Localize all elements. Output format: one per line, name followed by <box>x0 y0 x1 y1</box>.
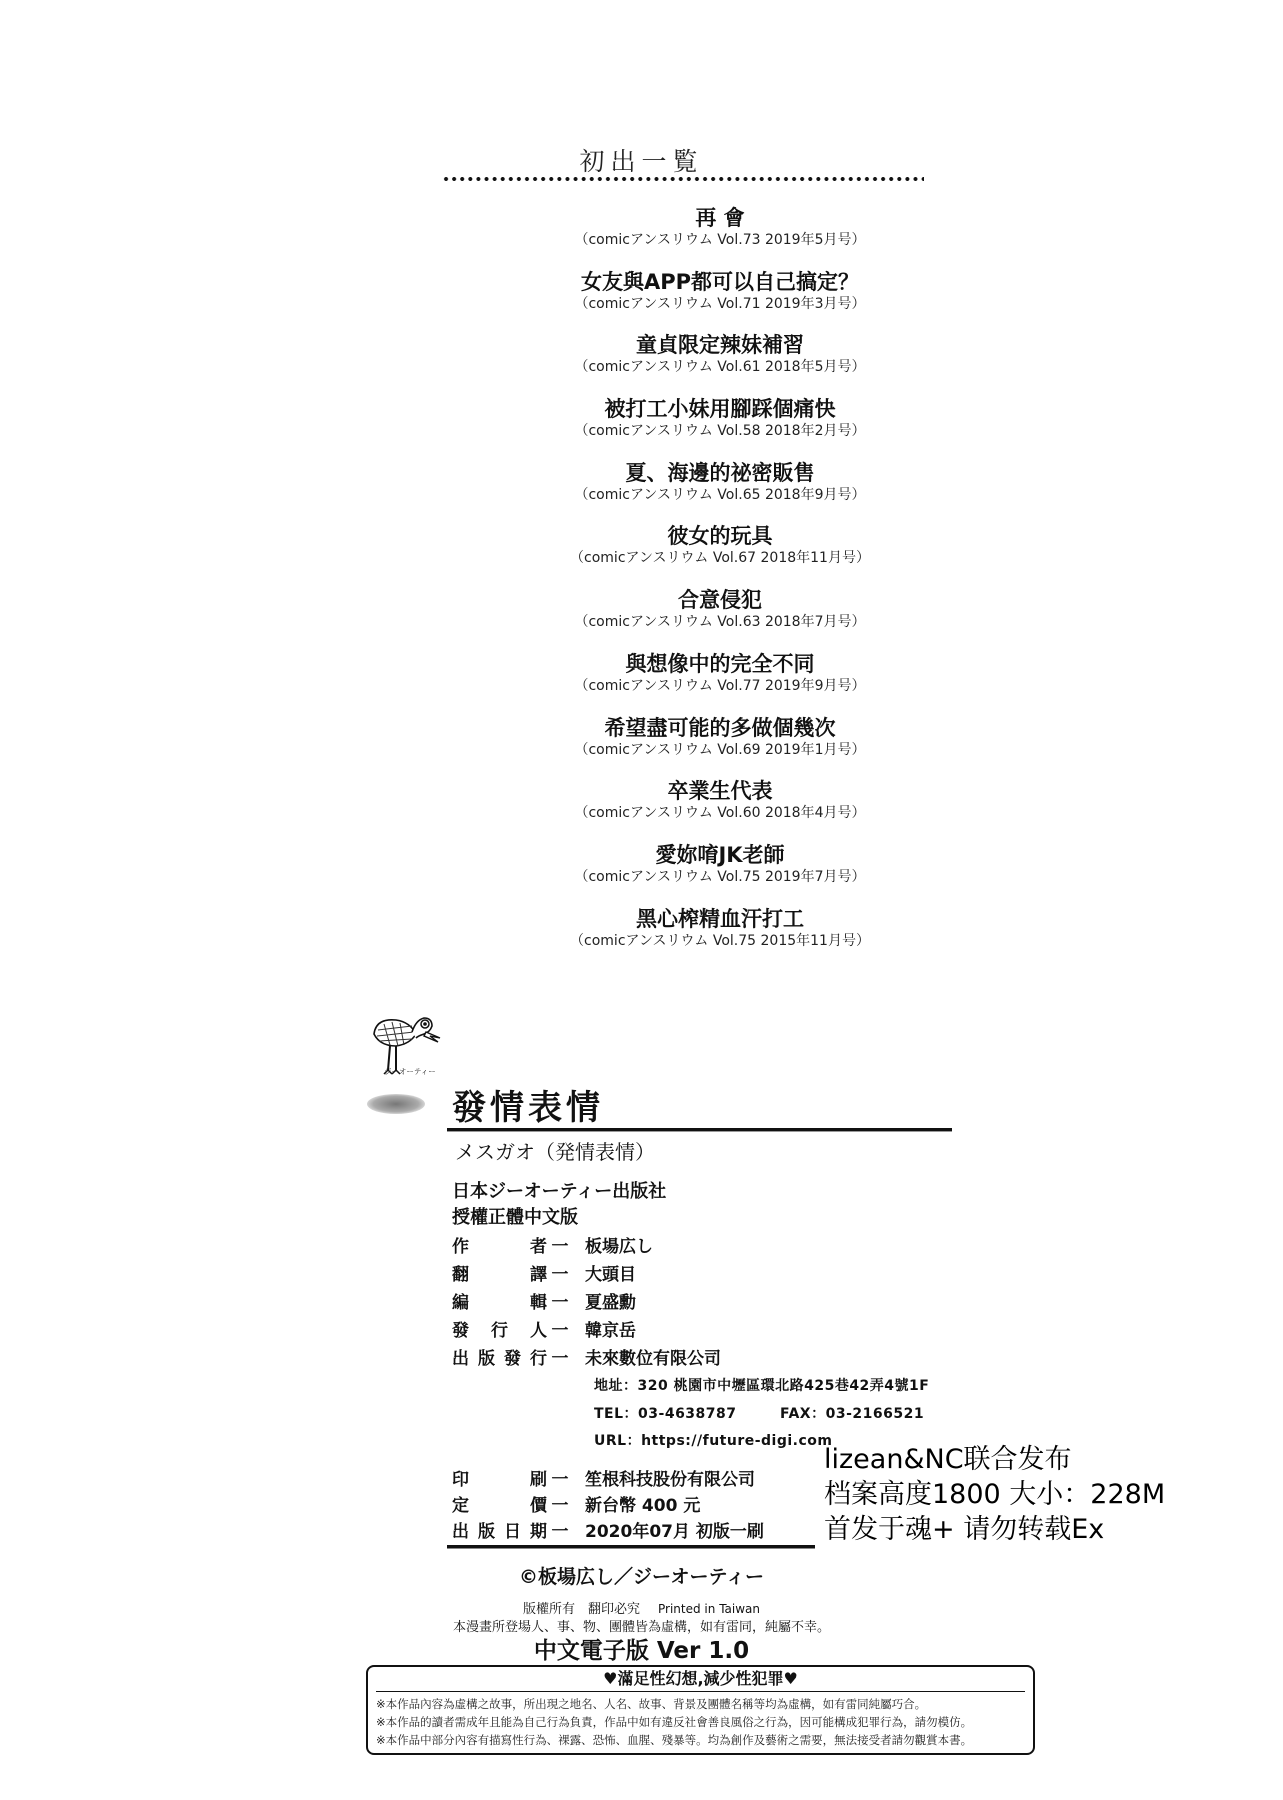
toc-entry: 合意侵犯（comicアンスリウム Vol.63 2018年7月号） <box>440 587 1000 651</box>
toc-entry: 卒業生代表（comicアンスリウム Vol.60 2018年4月号） <box>440 778 1000 842</box>
notice-lines: ※本作品內容為虛構之故事，所出現之地名、人名、故事、背景及團體名稱等均為虛構，如… <box>376 1695 1029 1749</box>
rights-reserved: 版權所有 翻印必究 <box>523 1602 640 1617</box>
toc-entry: 愛妳唷JK老師（comicアンスリウム Vol.75 2019年7月号） <box>440 842 1000 906</box>
release-watermark-line2: 档案高度1800 大小：228M <box>824 1480 1165 1510</box>
publisher-fax: FAX：03-2166521 <box>780 1403 924 1423</box>
publisher-logo-label: ジーオーティー <box>384 1066 436 1077</box>
entry-source: （comicアンスリウム Vol.71 2019年3月号） <box>440 295 1000 313</box>
notice-heading: ♥滿足性幻想,減少性犯罪♥ <box>368 1667 1033 1691</box>
toc-entry: 黑心榨精血汗打工（comicアンスリウム Vol.75 2015年11月号） <box>440 906 1000 970</box>
entry-source: （comicアンスリウム Vol.65 2018年9月号） <box>440 486 1000 504</box>
toc-entry: 與想像中的完全不同（comicアンスリウム Vol.77 2019年9月号） <box>440 651 1000 715</box>
entry-source: （comicアンスリウム Vol.75 2019年7月号） <box>440 868 1000 886</box>
entry-source: （comicアンスリウム Vol.73 2019年5月号） <box>440 231 1000 249</box>
rights-line: 版權所有 翻印必究Printed in Taiwan <box>0 1598 1283 1617</box>
toc-entry: 童貞限定辣妹補習（comicアンスリウム Vol.61 2018年5月号） <box>440 332 1000 396</box>
notice-line: ※本作品內容為虛構之故事，所出現之地名、人名、故事、背景及團體名稱等均為虛構，如… <box>376 1695 1029 1713</box>
colophon-rule <box>447 1545 815 1549</box>
entry-source: （comicアンスリウム Vol.63 2018年7月号） <box>440 613 1000 631</box>
credit-publisher-person: 發行人一韓京岳 <box>452 1319 636 1343</box>
entry-source: （comicアンスリウム Vol.58 2018年2月号） <box>440 422 1000 440</box>
notice-line: ※本作品中部分內容有描寫性行為、裸露、恐怖、血腥、殘暴等。均為創作及藝術之需要，… <box>376 1731 1029 1749</box>
entry-source: （comicアンスリウム Vol.67 2018年11月号） <box>440 549 1000 567</box>
original-title: メスガオ（発情表情） <box>455 1136 655 1165</box>
release-watermark-line1: lizean&NC联合发布 <box>824 1445 1072 1475</box>
license-note: 授權正體中文版 <box>452 1203 578 1229</box>
credit-publish-date: 出版日期一2020年07月 初版一刷 <box>452 1520 764 1544</box>
entry-title: 彼女的玩具 <box>440 523 1000 549</box>
toc-entry: 女友與APP都可以自己搞定？（comicアンスリウム Vol.71 2019年3… <box>440 269 1000 333</box>
entry-title: 再 會 <box>440 205 1000 231</box>
logo-shadow <box>367 1094 425 1114</box>
book-title: 發情表情 <box>452 1080 604 1129</box>
entry-source: （comicアンスリウム Vol.77 2019年9月号） <box>440 677 1000 695</box>
entry-title: 合意侵犯 <box>440 587 1000 613</box>
entry-source: （comicアンスリウム Vol.60 2018年4月号） <box>440 804 1000 822</box>
heart-icon: ♥ <box>603 1669 617 1688</box>
entry-source: （comicアンスリウム Vol.75 2015年11月号） <box>440 932 1000 950</box>
release-watermark-line3: 首发于魂+ 请勿转载Ex <box>824 1515 1104 1545</box>
credit-translator: 翻譯一大頭目 <box>452 1263 636 1287</box>
title-rule <box>447 1128 952 1132</box>
credit-editor: 編輯一夏盛勳 <box>452 1291 636 1315</box>
entry-title: 黑心榨精血汗打工 <box>440 906 1000 932</box>
entry-source: （comicアンスリウム Vol.69 2019年1月号） <box>440 741 1000 759</box>
toc-entry: 希望盡可能的多做個幾次（comicアンスリウム Vol.69 2019年1月号） <box>440 715 1000 779</box>
copyright-line: ©板場広し／ジーオーティー <box>0 1562 1283 1589</box>
entry-title: 愛妳唷JK老師 <box>440 842 1000 868</box>
toc-entry: 彼女的玩具（comicアンスリウム Vol.67 2018年11月号） <box>440 523 1000 587</box>
heart-icon: ♥ <box>784 1669 798 1688</box>
entry-title: 希望盡可能的多做個幾次 <box>440 715 1000 741</box>
entry-title: 被打工小妹用腳踩個痛快 <box>440 396 1000 422</box>
publisher-name: 日本ジーオーティー出版社 <box>452 1177 666 1203</box>
credit-author: 作者一板場広し <box>452 1235 653 1259</box>
printed-in: Printed in Taiwan <box>658 1602 760 1616</box>
credit-printer: 印刷一笙根科技股份有限公司 <box>452 1468 755 1492</box>
toc-entry: 被打工小妹用腳踩個痛快（comicアンスリウム Vol.58 2018年2月号） <box>440 396 1000 460</box>
dotted-divider <box>442 176 924 182</box>
publisher-url: URL：https://future-digi.com <box>594 1430 833 1450</box>
entry-title: 童貞限定辣妹補習 <box>440 332 1000 358</box>
credit-price: 定價一新台幣 400 元 <box>452 1494 700 1518</box>
notice-line: ※本作品的讀者需成年且能為自己行為負責，作品中如有違反社會善良風俗之行為，因可能… <box>376 1713 1029 1731</box>
publisher-address: 地址：320 桃園市中壢區環北路425巷42弄4號1F <box>594 1375 929 1395</box>
toc-title: 初出一覧 <box>0 142 1283 178</box>
entry-source: （comicアンスリウム Vol.61 2018年5月号） <box>440 358 1000 376</box>
ebook-version: 中文電子版 Ver 1.0 <box>0 1632 1283 1665</box>
publisher-tel: TEL：03-4638787 <box>594 1403 737 1423</box>
notice-heading-text: 滿足性幻想,減少性犯罪 <box>617 1669 783 1688</box>
entry-title: 夏、海邊的祕密販售 <box>440 460 1000 486</box>
toc-entry: 夏、海邊的祕密販售（comicアンスリウム Vol.65 2018年9月号） <box>440 460 1000 524</box>
notice-divider <box>376 1691 1025 1692</box>
entry-title: 卒業生代表 <box>440 778 1000 804</box>
entry-title: 女友與APP都可以自己搞定？ <box>440 269 1000 295</box>
credit-distributor: 出版發行一未來數位有限公司 <box>452 1347 721 1371</box>
toc-list: 再 會（comicアンスリウム Vol.73 2019年5月号） 女友與APP都… <box>440 205 1000 969</box>
toc-entry: 再 會（comicアンスリウム Vol.73 2019年5月号） <box>440 205 1000 269</box>
notice-box: ♥滿足性幻想,減少性犯罪♥ ※本作品內容為虛構之故事，所出現之地名、人名、故事、… <box>366 1665 1035 1755</box>
entry-title: 與想像中的完全不同 <box>440 651 1000 677</box>
